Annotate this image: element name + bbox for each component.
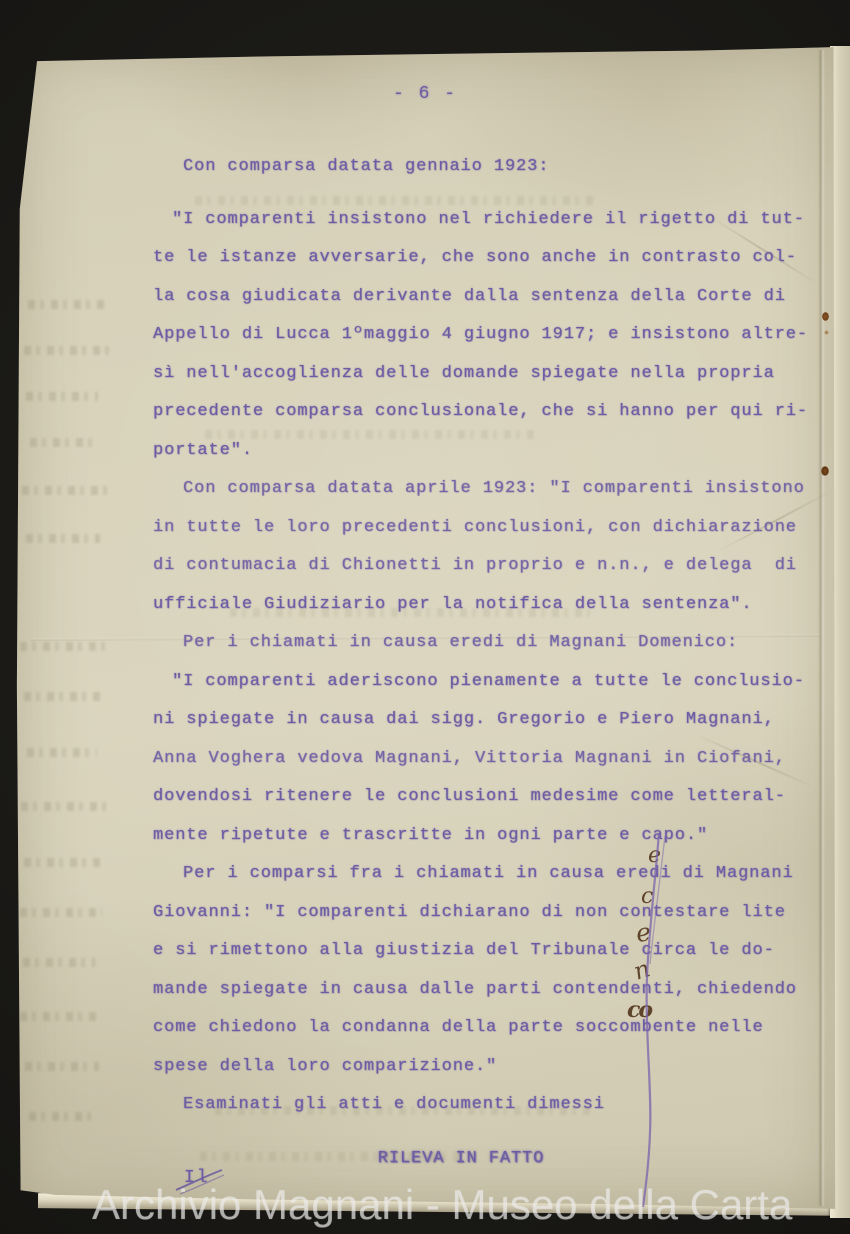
archive-watermark: Archivio Magnani - Museo della Carta bbox=[92, 1181, 792, 1229]
typed-line: mente ripetute e trascritte in ogni part… bbox=[153, 817, 829, 856]
typewritten-text: Con comparsa datata gennaio 1923:"I comp… bbox=[153, 148, 829, 1178]
typed-line: RILEVA IN FATTO bbox=[153, 1140, 829, 1179]
page-number: - 6 - bbox=[0, 84, 850, 104]
typed-line: "I comparenti insistono nel richiedere i… bbox=[153, 201, 829, 240]
typed-line: come chiedono la condanna della parte so… bbox=[153, 1009, 829, 1048]
typed-line: mande spiegate in causa dalle parti cont… bbox=[153, 971, 829, 1010]
typed-line: ufficiale Giudiziario per la notifica de… bbox=[153, 586, 829, 625]
typed-line: Giovanni: "I comparenti dichiarano di no… bbox=[153, 894, 829, 933]
typed-line: Per i chiamati in causa eredi di Magnani… bbox=[153, 624, 829, 663]
document-scan: - 6 - Con comparsa datata gennaio 1923:"… bbox=[0, 0, 850, 1234]
typed-line: e si rimettono alla giustizia del Tribun… bbox=[153, 932, 829, 971]
typed-line: "I comparenti aderiscono pienamente a tu… bbox=[153, 663, 829, 702]
typed-line: di contumacia di Chionetti in proprio e … bbox=[153, 547, 829, 586]
typed-line: portate". bbox=[153, 432, 829, 471]
typed-line: te le istanze avversarie, che sono anche… bbox=[153, 239, 829, 278]
typed-line: Anna Voghera vedova Magnani, Vittoria Ma… bbox=[153, 740, 829, 779]
typed-line: Con comparsa datata aprile 1923: "I comp… bbox=[153, 470, 829, 509]
typed-line: Appello di Lucca 1ºmaggio 4 giugno 1917;… bbox=[153, 316, 829, 355]
typed-line: dovendosi ritenere le conclusioni medesi… bbox=[153, 778, 829, 817]
typed-line: in tutte le loro precedenti conclusioni,… bbox=[153, 509, 829, 548]
typed-line: sì nell'accoglienza delle domande spiega… bbox=[153, 355, 829, 394]
typed-line: Con comparsa datata gennaio 1923: bbox=[153, 148, 829, 187]
typed-line: Esaminati gli atti e documenti dimessi bbox=[153, 1086, 829, 1125]
typed-line: spese della loro comparizione." bbox=[153, 1048, 829, 1087]
typed-line: ni spiegate in causa dai sigg. Gregorio … bbox=[153, 701, 829, 740]
typed-line: precedente comparsa conclusionale, che s… bbox=[153, 393, 829, 432]
typed-line: Per i comparsi fra i chiamati in causa e… bbox=[153, 855, 829, 894]
typed-line: la cosa giudicata derivante dalla senten… bbox=[153, 278, 829, 317]
